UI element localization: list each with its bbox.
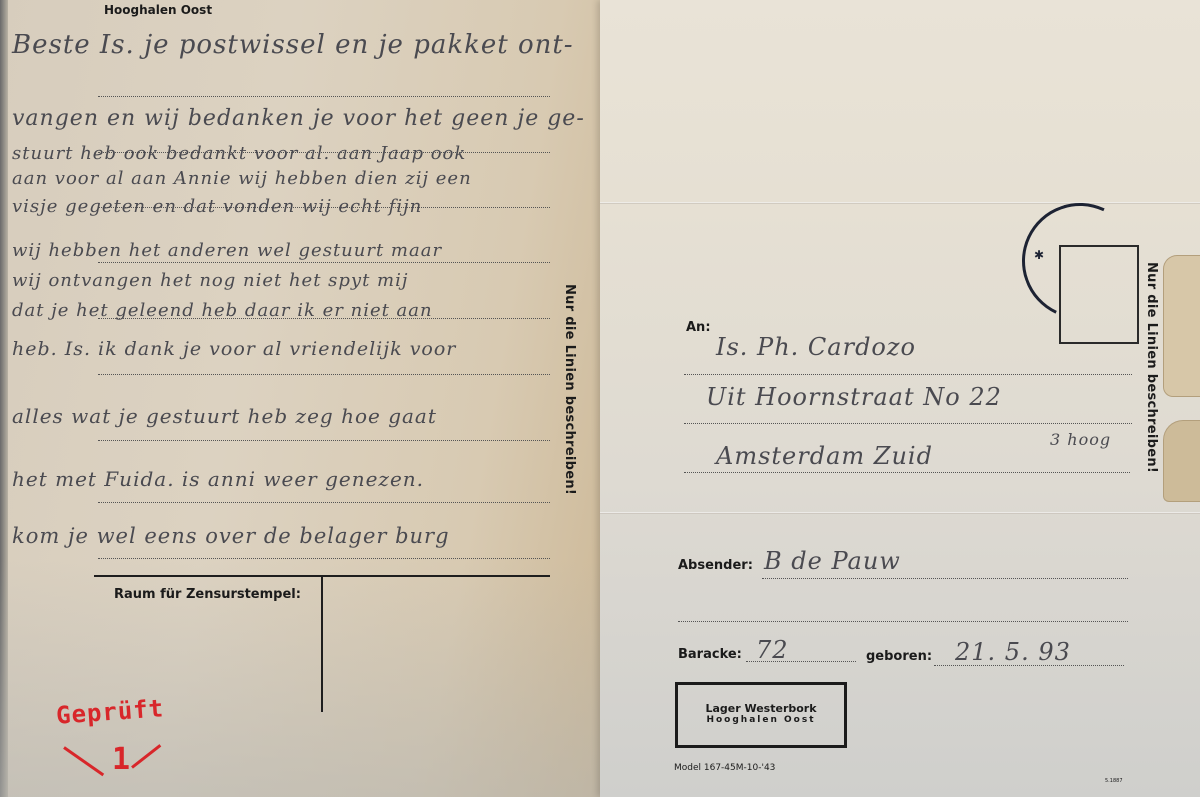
address-line bbox=[684, 423, 1132, 424]
letter-line-7: wij ontvangen het nog niet het spyt mij bbox=[12, 270, 408, 291]
sender-label: Absender: bbox=[678, 558, 753, 573]
postage-stamp-box bbox=[1059, 245, 1139, 344]
letter-line-2: vangen en wij bedanken je voor het geen … bbox=[12, 106, 585, 131]
writing-line bbox=[98, 502, 550, 503]
letter-line-11: het met Fuida. is anni weer genezen. bbox=[12, 467, 424, 491]
recipient-name: Is. Ph. Cardozo bbox=[716, 333, 916, 361]
fold-line bbox=[600, 512, 1200, 514]
recipient-label: An: bbox=[686, 320, 711, 335]
sender-line bbox=[762, 578, 1128, 579]
writing-line bbox=[98, 96, 550, 97]
barrack-label: Baracke: bbox=[678, 647, 742, 662]
letter-line-4: aan voor al aan Annie wij hebben dien zi… bbox=[12, 168, 472, 189]
censor-divider-vertical bbox=[321, 577, 323, 712]
letter-line-3: stuurt heb ook bedankt voor al. aan Jaap… bbox=[12, 143, 466, 164]
recipient-street: Uit Hoornstraat No 22 bbox=[706, 383, 1002, 411]
paper-shading bbox=[0, 560, 608, 797]
letter-line-6: wij hebben het anderen wel gestuurt maar bbox=[12, 240, 442, 261]
writing-line bbox=[98, 440, 550, 441]
writing-line bbox=[98, 374, 550, 375]
letter-line-12: kom je wel eens over de belager burg bbox=[12, 524, 450, 548]
side-instruction-left: Nur die Linien beschreiben! bbox=[562, 284, 577, 495]
torn-paper-edge bbox=[1163, 255, 1200, 397]
born-label: geboren: bbox=[866, 649, 932, 664]
born-line bbox=[934, 665, 1124, 666]
address-line bbox=[684, 374, 1132, 375]
born-date: 21. 5. 93 bbox=[955, 638, 1071, 666]
postmark-star-icon: ✱ bbox=[1034, 248, 1044, 262]
side-instruction-right: Nur die Linien beschreiben! bbox=[1144, 262, 1159, 473]
censor-stamp-text: Geprüft bbox=[55, 694, 165, 729]
header-fragment: Hooghalen Oost bbox=[104, 3, 212, 17]
sender-line bbox=[678, 621, 1128, 622]
camp-address-box: Lager Westerbork Hooghalen Oost bbox=[675, 682, 847, 748]
letter-line-1: Beste Is. je postwissel en je pakket ont… bbox=[12, 30, 574, 60]
model-number: Model 167-45M-10-'43 bbox=[674, 763, 775, 773]
writing-line bbox=[98, 558, 550, 559]
letter-line-9: heb. Is. ik dank je voor al vriendelijk … bbox=[12, 338, 456, 360]
writing-line bbox=[98, 262, 550, 263]
letter-line-8: dat je het geleend heb daar ik er niet a… bbox=[12, 300, 433, 321]
torn-paper-edge bbox=[1163, 420, 1200, 502]
barrack-number: 72 bbox=[756, 636, 789, 664]
censor-stamp: Geprüft 1 bbox=[56, 698, 164, 726]
address-line bbox=[684, 472, 1130, 473]
sender-name: B de Pauw bbox=[764, 547, 901, 575]
print-code: 5.1887 bbox=[1105, 778, 1123, 784]
camp-name: Lager Westerbork bbox=[678, 702, 844, 715]
letter-line-10: alles wat je gestuurt heb zeg hoe gaat bbox=[12, 404, 437, 428]
letter-sheet-left: Hooghalen Oost Beste Is. je postwissel e… bbox=[0, 0, 608, 797]
camp-location: Hooghalen Oost bbox=[678, 715, 844, 725]
letter-line-5: visje gegeten en dat vonden wij echt fij… bbox=[12, 196, 422, 217]
fold-line bbox=[600, 202, 1200, 204]
recipient-city: Amsterdam Zuid bbox=[716, 442, 933, 470]
censor-stamp-number: 1 bbox=[112, 742, 130, 777]
barrack-line bbox=[746, 661, 856, 662]
censor-label: Raum für Zensurstempel: bbox=[114, 587, 301, 602]
recipient-floor: 3 hoog bbox=[1050, 430, 1111, 449]
